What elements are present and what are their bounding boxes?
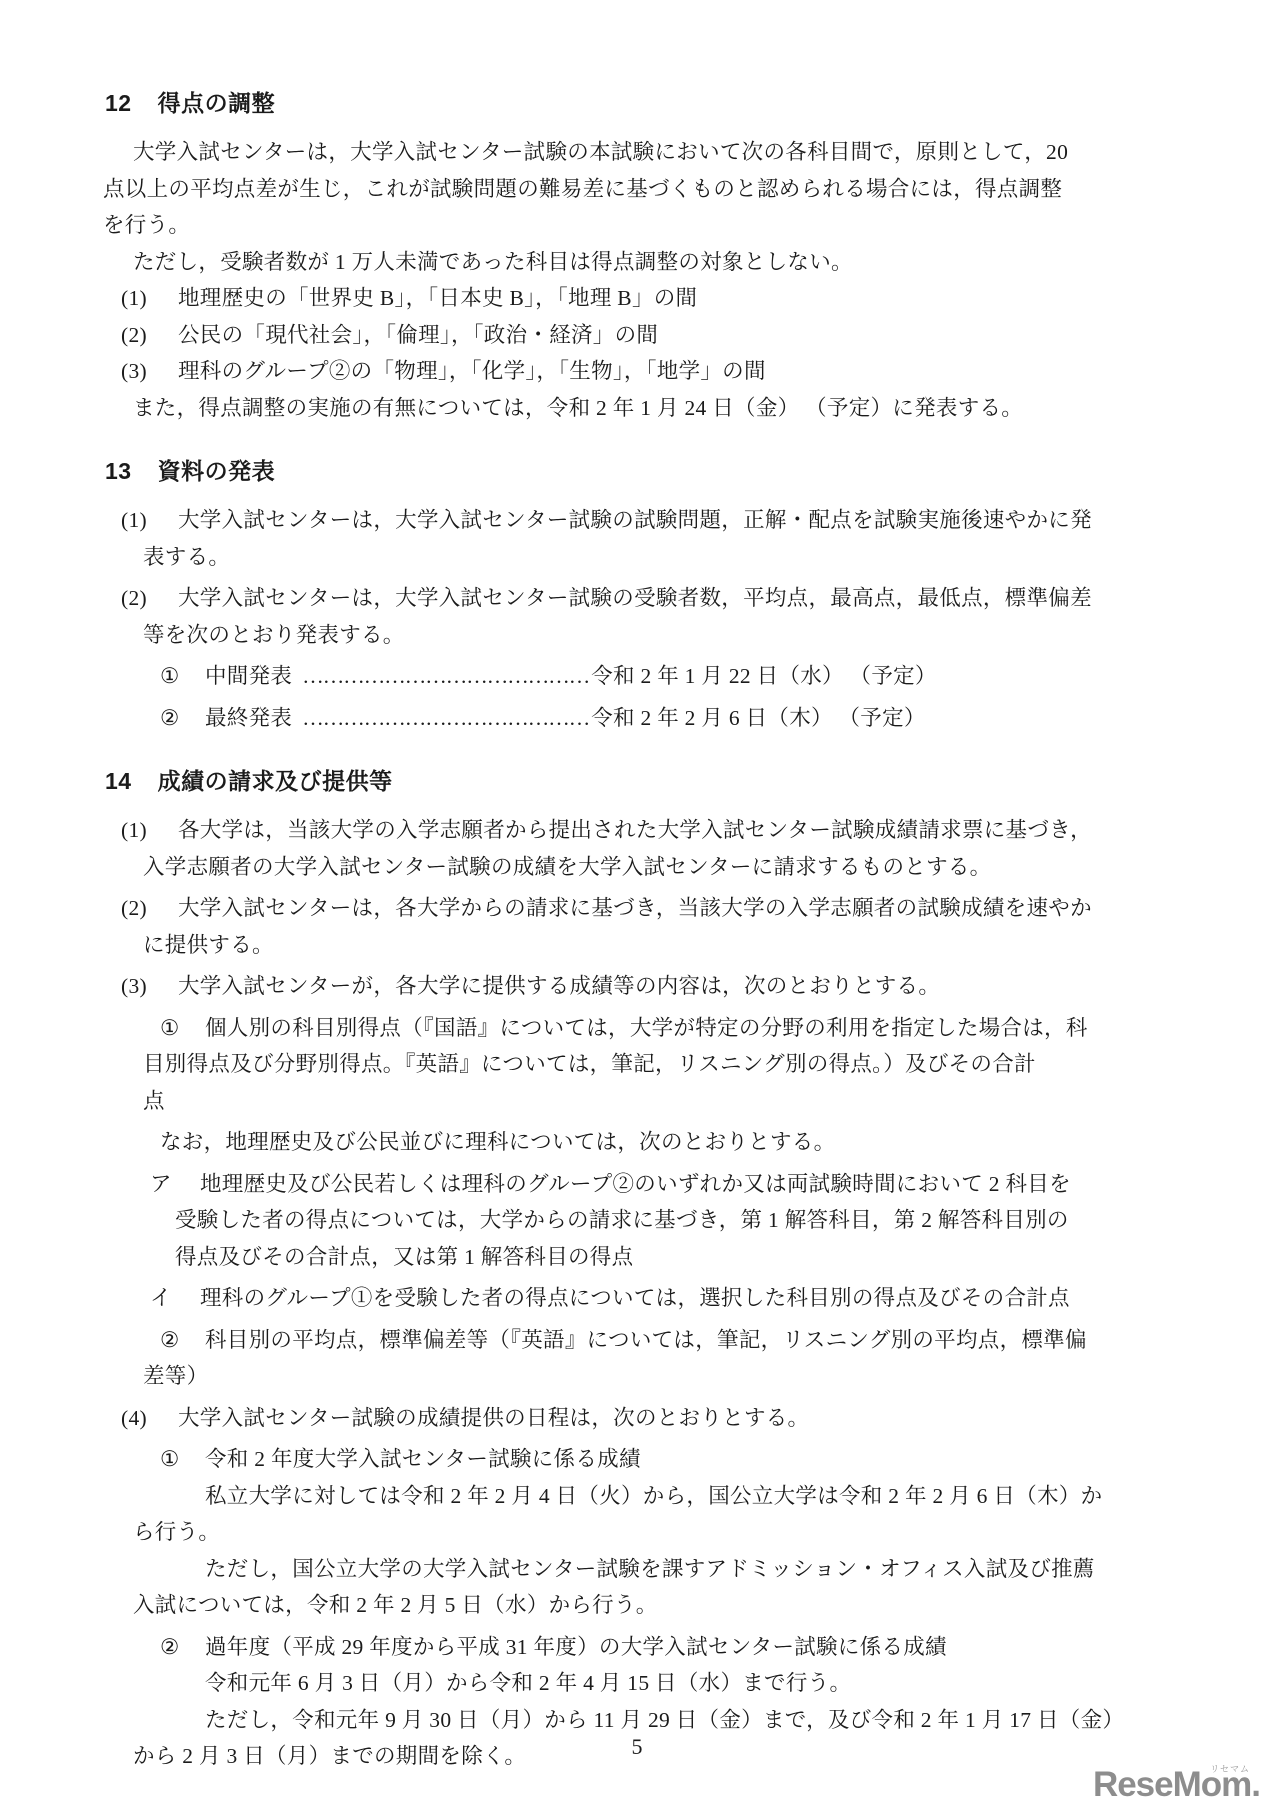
- list-text: 過年度（平成 29 年度から平成 31 年度）の大学入試センター試験に係る成績: [205, 1635, 947, 1659]
- list-marker: (2): [121, 890, 178, 927]
- paragraph-line: 差等）: [143, 1358, 1185, 1395]
- schedule-value: 令和 2 年 2 月 6 日（木） （予定）: [591, 706, 925, 730]
- section-number: 14: [105, 766, 132, 796]
- list-text: 地理歴史の「世界史 B」，「日本史 B」，「地理 B」の間: [178, 286, 697, 310]
- section-number: 13: [105, 456, 132, 486]
- document-page: 12 得点の調整 大学入試センターは，大学入試センター試験の本試験において次の各…: [0, 0, 1280, 1810]
- list-text: 地理歴史及び公民若しくは理科のグループ②のいずれか又は両試験時間において 2 科…: [200, 1172, 1071, 1196]
- schedule-label: 中間発表: [205, 664, 292, 688]
- list-marker: (1): [121, 502, 178, 539]
- list-marker: (2): [121, 317, 178, 354]
- paragraph-line: 大学入試センターは，大学入試センター試験の本試験において次の各科目間で，原則とし…: [133, 134, 1185, 171]
- list-item: (1)大学入試センターは，大学入試センター試験の試験問題，正解・配点を試験実施後…: [121, 502, 1185, 539]
- list-text: 個人別の科目別得点（『国語』については，大学が特定の分野の利用を指定した場合は，…: [205, 1016, 1088, 1040]
- dot-leader: ……………………………………: [302, 664, 589, 688]
- list-item: (2)大学入試センターは，各大学からの請求に基づき，当該大学の入学志願者の試験成…: [121, 890, 1185, 927]
- schedule-value: 令和 2 年 1 月 22 日（水） （予定）: [591, 664, 937, 688]
- sub-list-item: ②過年度（平成 29 年度から平成 31 年度）の大学入試センター試験に係る成績: [160, 1629, 1185, 1666]
- section-12: 12 得点の調整 大学入試センターは，大学入試センター試験の本試験において次の各…: [103, 88, 1185, 426]
- paragraph-line: 表する。: [143, 539, 1185, 576]
- paragraph-line: 入試については，令和 2 年 2 月 5 日（水）から行う。: [133, 1587, 1185, 1624]
- section-title: 得点の調整: [158, 88, 276, 118]
- schedule-line: ②最終発表……………………………………令和 2 年 2 月 6 日（木） （予定…: [160, 700, 1185, 737]
- paragraph-line: 入学志願者の大学入試センター試験の成績を大学入試センターに請求するものとする。: [143, 849, 1185, 886]
- list-item: (3)理科のグループ②の「物理」，「化学」，「生物」，「地学」の間: [121, 353, 1185, 390]
- list-marker: ア: [150, 1166, 200, 1203]
- list-item: (4)大学入試センター試験の成績提供の日程は，次のとおりとする。: [121, 1400, 1185, 1437]
- paragraph-line: 令和元年 6 月 3 日（月）から令和 2 年 4 月 15 日（水）まで行う。: [205, 1665, 1185, 1702]
- list-marker: ②: [160, 700, 205, 737]
- schedule-label: 最終発表: [205, 706, 292, 730]
- list-marker: (3): [121, 353, 178, 390]
- paragraph-line: 点以上の平均点差が生じ，これが試験問題の難易差に基づくものと認められる場合には，…: [103, 171, 1185, 208]
- paragraph-line: なお，地理歴史及び公民並びに理科については，次のとおりとする。: [160, 1124, 1185, 1161]
- sub-list-item: ②科目別の平均点，標準偏差等（『英語』については，筆記，リスニング別の平均点，標…: [160, 1322, 1185, 1359]
- page-content: 12 得点の調整 大学入試センターは，大学入試センター試験の本試験において次の各…: [103, 78, 1185, 1775]
- list-marker: (3): [121, 968, 178, 1005]
- list-item: (3)大学入試センターが，各大学に提供する成績等の内容は，次のとおりとする。: [121, 968, 1185, 1005]
- list-marker: ①: [160, 658, 205, 695]
- paragraph-line: ら行う。: [133, 1514, 1185, 1551]
- katakana-list-item: イ理科のグループ①を受験した者の得点については，選択した科目別の得点及びその合計…: [150, 1280, 1185, 1317]
- section-heading: 12 得点の調整: [105, 88, 1185, 118]
- list-marker: ①: [160, 1010, 205, 1047]
- list-marker: (4): [121, 1400, 178, 1437]
- list-marker: (1): [121, 280, 178, 317]
- list-text: 大学入試センターは，大学入試センター試験の受験者数，平均点，最高点，最低点，標準…: [178, 586, 1092, 610]
- paragraph-line: ただし，令和元年 9 月 30 日（月）から 11 月 29 日（金）まで，及び…: [205, 1702, 1185, 1739]
- katakana-list-item: ア地理歴史及び公民若しくは理科のグループ②のいずれか又は両試験時間において 2 …: [150, 1166, 1185, 1203]
- list-marker: ①: [160, 1441, 205, 1478]
- list-text: 各大学は，当該大学の入学志願者から提出された大学入試センター試験成績請求票に基づ…: [178, 818, 1092, 842]
- section-heading: 14 成績の請求及び提供等: [105, 766, 1185, 796]
- paragraph-line: 等を次のとおり発表する。: [143, 617, 1185, 654]
- paragraph-line: 得点及びその合計点，又は第 1 解答科目の得点: [175, 1239, 1185, 1276]
- watermark-ruby: リセマム: [1210, 1762, 1250, 1775]
- list-item: (2)公民の「現代社会」，「倫理」，「政治・経済」の間: [121, 317, 1185, 354]
- list-marker: (2): [121, 580, 178, 617]
- section-title: 成績の請求及び提供等: [158, 766, 393, 796]
- list-text: 公民の「現代社会」，「倫理」，「政治・経済」の間: [178, 323, 658, 347]
- list-marker: (1): [121, 812, 178, 849]
- paragraph-line: 受験した者の得点については，大学からの請求に基づき，第 1 解答科目，第 2 解…: [175, 1202, 1185, 1239]
- section-heading: 13 資料の発表: [105, 456, 1185, 486]
- dot-leader: ……………………………………: [302, 706, 589, 730]
- list-text: 科目別の平均点，標準偏差等（『英語』については，筆記，リスニング別の平均点，標準…: [205, 1328, 1087, 1352]
- list-text: 理科のグループ①を受験した者の得点については，選択した科目別の得点及びその合計点: [200, 1286, 1070, 1310]
- paragraph-line: を行う。: [103, 207, 1185, 244]
- list-item: (2)大学入試センターは，大学入試センター試験の受験者数，平均点，最高点，最低点…: [121, 580, 1185, 617]
- list-marker: イ: [150, 1280, 200, 1317]
- section-number: 12: [105, 88, 132, 118]
- list-marker: ②: [160, 1322, 205, 1359]
- section-title: 資料の発表: [158, 456, 276, 486]
- section-13: 13 資料の発表 (1)大学入試センターは，大学入試センター試験の試験問題，正解…: [103, 456, 1185, 736]
- paragraph-line: ただし，受験者数が 1 万人未満であった科目は得点調整の対象としない。: [133, 244, 1185, 281]
- list-text: 大学入試センターは，各大学からの請求に基づき，当該大学の入学志願者の試験成績を速…: [178, 896, 1092, 920]
- paragraph-line: 私立大学に対しては令和 2 年 2 月 4 日（火）から，国公立大学は令和 2 …: [205, 1478, 1185, 1515]
- list-text: 令和 2 年度大学入試センター試験に係る成績: [205, 1447, 641, 1471]
- list-item: (1)地理歴史の「世界史 B」，「日本史 B」，「地理 B」の間: [121, 280, 1185, 317]
- paragraph-line: 点: [143, 1083, 1185, 1120]
- list-text: 大学入試センターが，各大学に提供する成績等の内容は，次のとおりとする。: [178, 974, 940, 998]
- page-number: 5: [0, 1734, 1274, 1760]
- paragraph-line: また，得点調整の実施の有無については，令和 2 年 1 月 24 日（金） （予…: [133, 390, 1185, 427]
- list-item: (1)各大学は，当該大学の入学志願者から提出された大学入試センター試験成績請求票…: [121, 812, 1185, 849]
- list-marker: ②: [160, 1629, 205, 1666]
- list-text: 大学入試センターは，大学入試センター試験の試験問題，正解・配点を試験実施後速やか…: [178, 508, 1092, 532]
- schedule-line: ①中間発表……………………………………令和 2 年 1 月 22 日（水） （予…: [160, 658, 1185, 695]
- paragraph-line: 目別得点及び分野別得点。『英語』については，筆記，リスニング別の得点。）及びその…: [143, 1046, 1185, 1083]
- list-text: 理科のグループ②の「物理」，「化学」，「生物」，「地学」の間: [178, 359, 766, 383]
- paragraph-line: に提供する。: [143, 927, 1185, 964]
- paragraph-line: ただし，国公立大学の大学入試センター試験を課すアドミッション・オフィス入試及び推…: [205, 1551, 1185, 1588]
- section-14: 14 成績の請求及び提供等 (1)各大学は，当該大学の入学志願者から提出された大…: [103, 766, 1185, 1775]
- sub-list-item: ①個人別の科目別得点（『国語』については，大学が特定の分野の利用を指定した場合は…: [160, 1010, 1185, 1047]
- resemom-watermark: リセマム ReseMom.: [1093, 1766, 1260, 1804]
- sub-list-item: ①令和 2 年度大学入試センター試験に係る成績: [160, 1441, 1185, 1478]
- list-text: 大学入試センター試験の成績提供の日程は，次のとおりとする。: [178, 1406, 809, 1430]
